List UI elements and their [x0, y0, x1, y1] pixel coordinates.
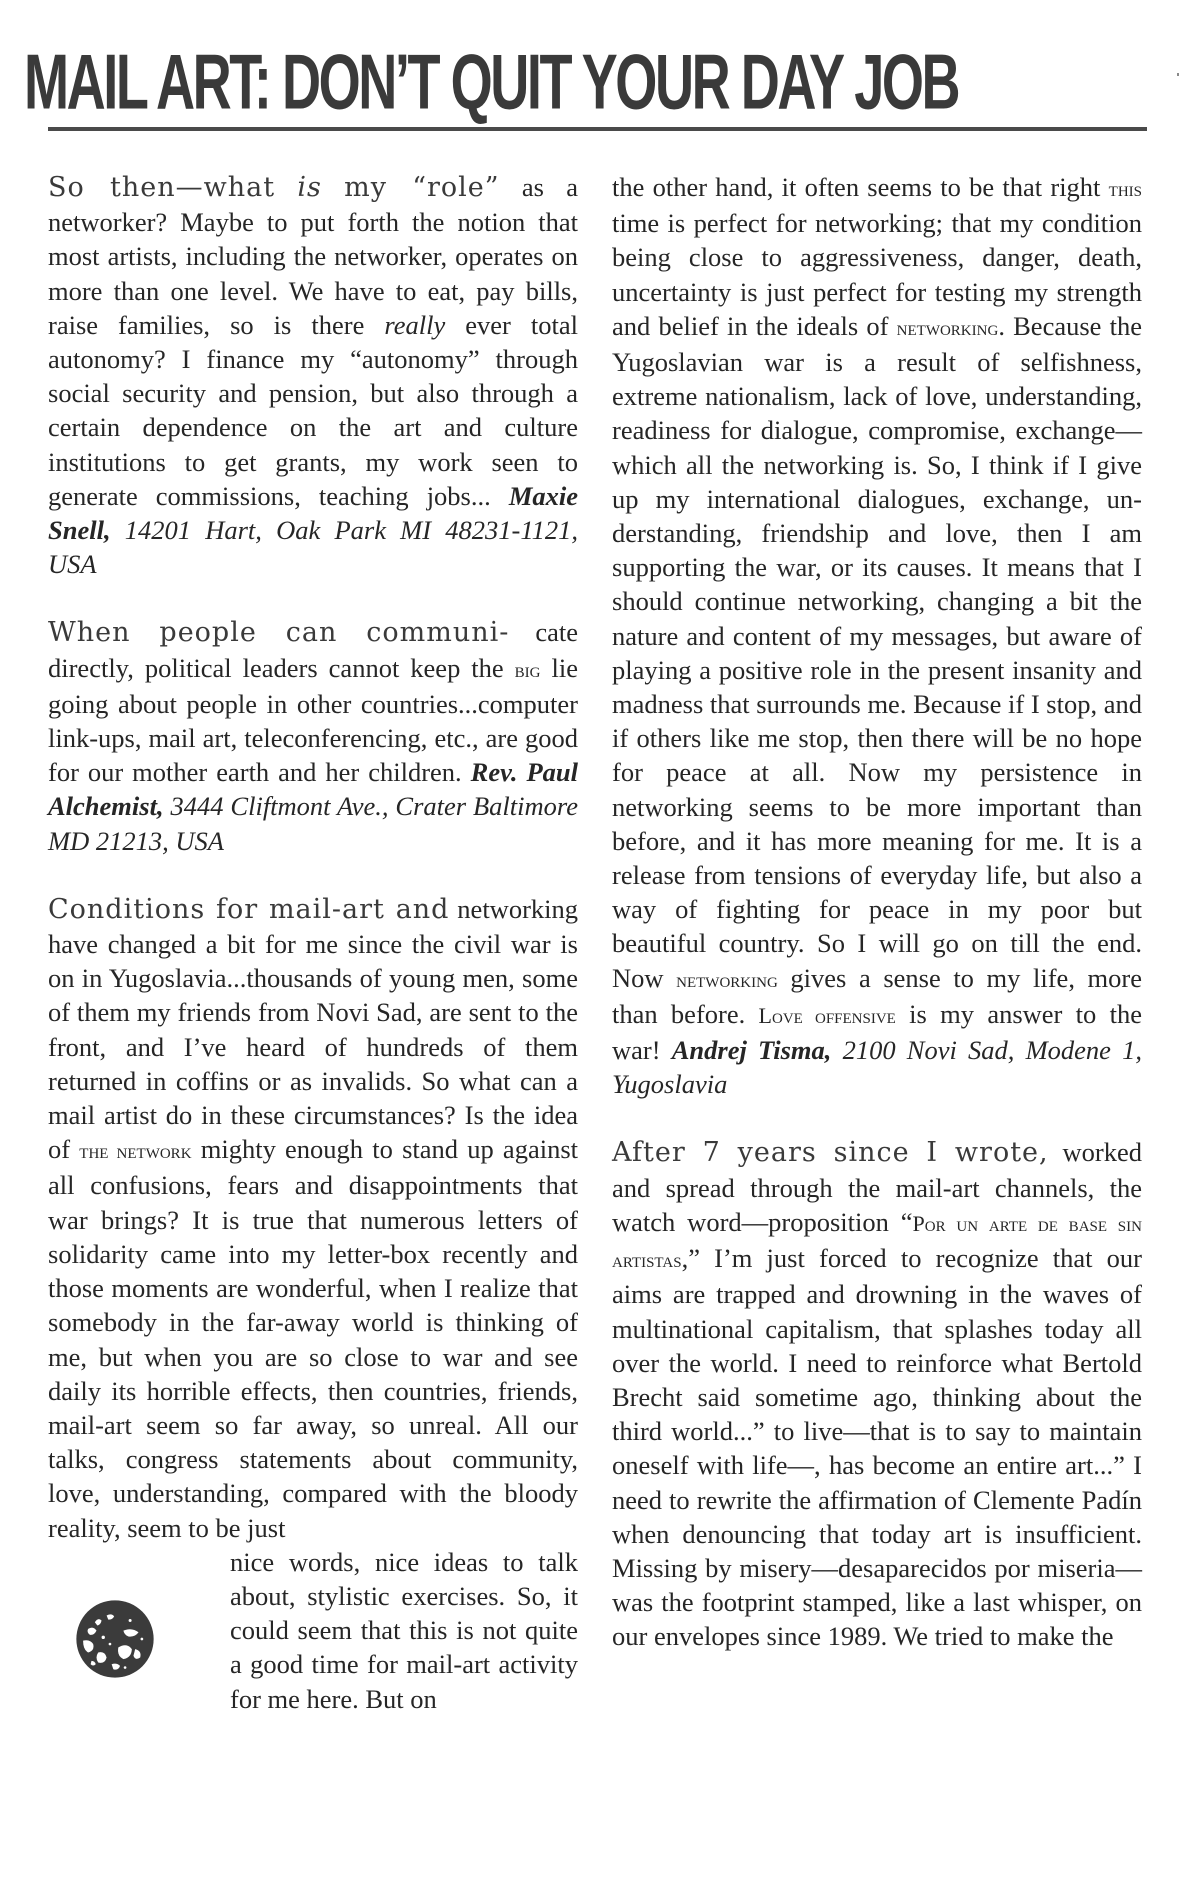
letter-body-smallcaps: the network [79, 1138, 191, 1163]
letter-body-smallcaps: this [1109, 176, 1142, 201]
letter-body-smallcaps: networking [897, 315, 999, 340]
letter-maxie-snell: So then—what is my “role” as a networker… [48, 170, 578, 581]
letter-after-seven-years: After 7 years since I wrote, worked and … [612, 1135, 1142, 1653]
letter-andrej-tisma-part2: the other hand, it often seems to be tha… [612, 170, 1142, 1101]
letter-address: 14201 Hart, Oak Park MI 48231-1121, USA [48, 515, 578, 579]
letter-body: . Because the Yugoslavian war is a resul… [612, 311, 1142, 993]
letter-lead: Conditions for mail-art and [48, 894, 449, 925]
letter-body-emphasis: really [384, 310, 445, 340]
letter-lead-emphasis: is [297, 172, 322, 203]
page-title: MAIL ART: DON’T QUIT YOUR DAY JOB [24, 40, 967, 123]
letter-body-smallcaps: big [515, 657, 541, 682]
letter-paul-alchemist: When people can communi- cate directly, … [48, 615, 578, 857]
letter-body-smallcaps: Love offensive [759, 1003, 896, 1028]
letter-andrej-tisma-part1: Conditions for mail-art and networking h… [48, 892, 578, 1545]
letter-body: networking have changed a bit for me sin… [48, 894, 578, 1164]
letter-body: ,” I’m just forced to recognize that our… [612, 1243, 1142, 1651]
title-divider [48, 127, 1147, 131]
letter-body-smallcaps: networking [676, 967, 778, 992]
letter-body: mighty enough to stand up against all co… [48, 1134, 578, 1542]
letter-lead-rest: my “role” [344, 172, 499, 203]
letter-author: Andrej Tisma, [672, 1035, 832, 1065]
column-right: the other hand, it often seems to be tha… [612, 170, 1142, 1688]
letter-lead: After 7 years since I wrote, [612, 1137, 1049, 1168]
letter-body: the other hand, it often seems to be tha… [612, 172, 1109, 202]
column-left: So then—what is my “role” as a networker… [48, 170, 578, 1725]
magazine-page: MAIL ART: DON’T QUIT YOUR DAY JOB So the… [0, 0, 1200, 1903]
letter-lead: So then—what [48, 172, 275, 203]
scan-speck [1177, 73, 1179, 76]
wrapped-text-block: nice words, nice ideas to talk about, st… [48, 1545, 578, 1716]
letter-lead: When people can communi- [48, 617, 509, 648]
illustration-area [48, 1545, 230, 1725]
globe-icon [73, 1597, 157, 1681]
